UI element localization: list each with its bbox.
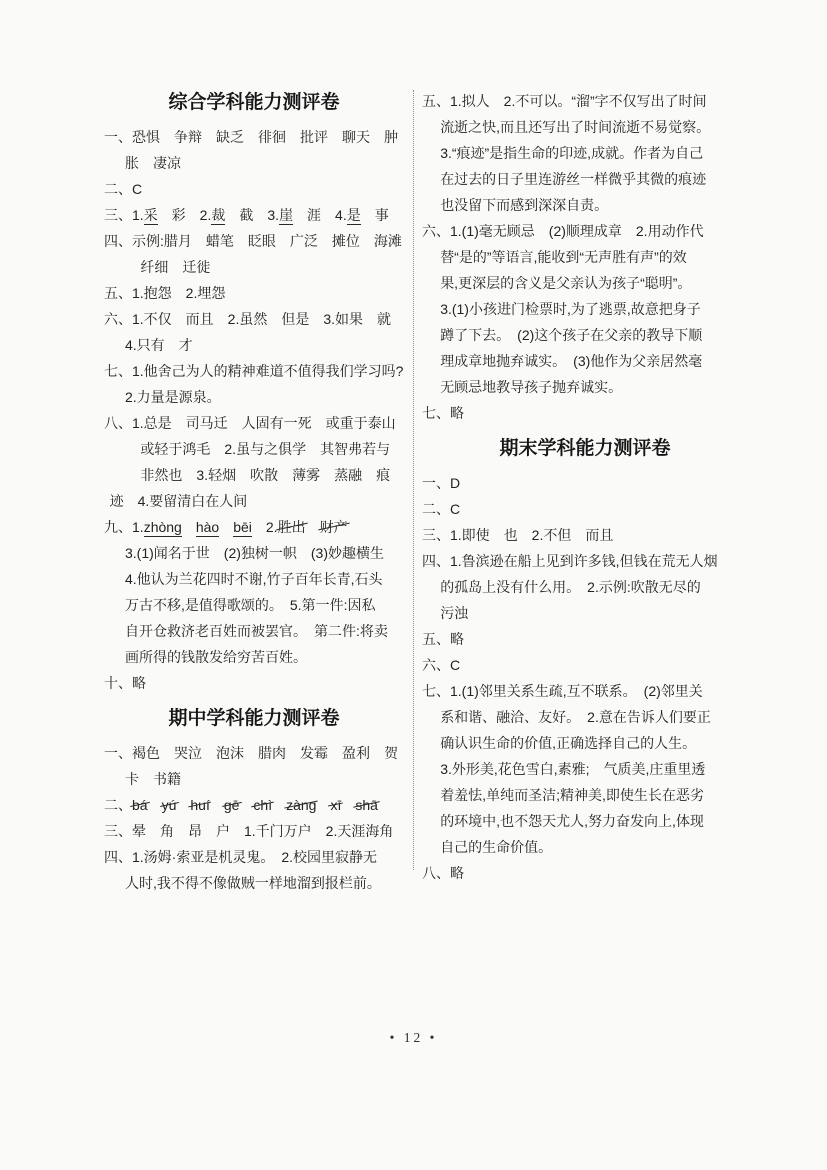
answer-line: 七、略	[422, 400, 748, 426]
answer-text: 截 3.	[225, 207, 279, 223]
answer-line: 纤细 迁徙	[104, 254, 404, 280]
answer-text: 七、略	[422, 405, 464, 421]
answer-line: 4.只有 才	[104, 332, 404, 358]
answer-text	[176, 797, 190, 813]
answer-line: 理成章地抛弃诚实。 (3)他作为父亲居然毫	[422, 348, 748, 374]
answer-text: 系和谐、融洽、友好。 2.意在告诉人们要正	[440, 709, 711, 725]
underlined-answer: zhòng	[144, 519, 182, 537]
answer-line: 卡 书籍	[104, 766, 404, 792]
answer-text: 二、C	[422, 501, 460, 517]
answer-text: 八、1.总是 司马迁 人固有一死 或重于泰山	[104, 415, 396, 431]
answer-text: 三、1.即使 也 2.不但 而且	[422, 527, 613, 543]
answer-line: 三、1.采 彩 2.裁 截 3.崖 涯 4.是 事	[104, 202, 404, 228]
answer-text: 自己的生命价值。	[440, 839, 552, 855]
answer-text: 六、C	[422, 657, 460, 673]
answer-columns: 综合学科能力测评卷一、恐惧 争辩 缺乏 徘徊 批评 聊天 肿胀 凄凉二、C三、1…	[104, 88, 748, 896]
answer-text: 二、C	[104, 181, 142, 197]
answer-line: 3.(1)闻名于世 (2)独树一帜 (3)妙趣横生	[104, 540, 404, 566]
answer-line: 果,更深层的含义是父亲认为孩子“聪明”。	[422, 270, 748, 296]
answer-text: 非然也 3.轻烟 吹散 薄雾 蒸融 痕	[140, 467, 390, 483]
answer-text: 自开仓救济老百姓而被罢官。 第二件:将卖	[125, 623, 388, 639]
answer-text: 四、1.鲁滨逊在船上见到许多钱,但钱在荒无人烟	[422, 553, 718, 569]
answer-line: 八、1.总是 司马迁 人固有一死 或重于泰山	[104, 410, 404, 436]
answer-line: 自开仓救济老百姓而被罢官。 第二件:将卖	[104, 618, 404, 644]
answer-line: 七、1.他舍己为人的精神难道不值得我们学习吗?	[104, 358, 404, 384]
answer-line: 3.(1)小孩进门检票时,为了逃票,故意把身子	[422, 296, 748, 322]
answer-text: 一、D	[422, 475, 460, 491]
answer-text: 五、1.拟人 2.不可以。“溜”字不仅写出了时间	[422, 93, 707, 109]
answer-text: 在过去的日子里连游丝一样微乎其微的痕迹	[440, 171, 706, 187]
answer-text: 3.外形美,花色雪白,素雅; 气质美,庄重里透	[440, 761, 705, 777]
answer-text: 七、1.(1)邻里关系生疏,互不联系。 (2)邻里关	[422, 683, 703, 699]
answer-line: 在过去的日子里连游丝一样微乎其微的痕迹	[422, 166, 748, 192]
answer-text: 一、恐惧 争辩 缺乏 徘徊 批评 聊天 肿	[104, 129, 398, 145]
answer-text: 的孤岛上没有什么用。 2.示例:吹散无尽的	[440, 579, 701, 595]
answer-line: 一、褐色 哭泣 泡沫 腊肉 发霉 盈利 贺	[104, 740, 404, 766]
crossed-out-answer: 财产	[320, 514, 348, 540]
answer-text	[182, 519, 196, 535]
answer-text: 3.(1)小孩进门检票时,为了逃票,故意把身子	[440, 301, 701, 317]
answer-text: 3.(1)闻名于世 (2)独树一帜 (3)妙趣横生	[125, 545, 384, 561]
crossed-out-answer: gē	[224, 792, 240, 818]
answer-text: 2.力量是源泉。	[125, 389, 221, 405]
answer-text: 画所得的钱散发给穷苦百姓。	[125, 649, 307, 665]
answer-text: 三、晕 角 昂 户 1.千门万户 2.天涯海角	[104, 823, 393, 839]
answer-line: 二、bá yú huí gē chì zàng xī shā	[104, 792, 404, 818]
answer-text: 无顾忌地教导孩子抛弃诚实。	[440, 379, 622, 395]
answer-line: 二、C	[104, 176, 404, 202]
crossed-out-answer: zàng	[286, 792, 316, 818]
answer-line: 3.外形美,花色雪白,素雅; 气质美,庄重里透	[422, 756, 748, 782]
answer-line: 的孤岛上没有什么用。 2.示例:吹散无尽的	[422, 574, 748, 600]
answer-line: 替“是的”等语言,能收到“无声胜有声”的效	[422, 244, 748, 270]
answer-text: 蹲了下去。 (2)这个孩子在父亲的教导下顺	[440, 327, 702, 343]
answer-line: 万古不移,是值得歌颂的。 5.第一件:因私	[104, 592, 404, 618]
section-title: 期末学科能力测评卷	[422, 434, 748, 464]
answer-text: 十、略	[104, 675, 146, 691]
answer-text: 四、1.汤姆·索亚是机灵鬼。 2.校园里寂静无	[104, 849, 377, 865]
answer-text: 五、1.抱怨 2.埋怨	[104, 285, 225, 301]
answer-text: 也没留下而感到深深自责。	[440, 197, 608, 213]
answer-text: 迹 4.要留清白在人间	[110, 493, 248, 509]
answer-text: 4.他认为兰花四时不谢,竹子百年长青,石头	[125, 571, 382, 587]
answer-line: 七、1.(1)邻里关系生疏,互不联系。 (2)邻里关	[422, 678, 748, 704]
answer-line: 四、1.鲁滨逊在船上见到许多钱,但钱在荒无人烟	[422, 548, 748, 574]
answer-text: 事	[361, 207, 389, 223]
answer-text: 八、略	[422, 865, 464, 881]
answer-line: 的环境中,也不怨天尤人,努力奋发向上,体现	[422, 808, 748, 834]
crossed-out-answer: huí	[190, 792, 209, 818]
answer-text: 或轻于鸿毛 2.虽与之俱学 其智弗若与	[140, 441, 390, 457]
answer-text: 着羞怯,单纯而圣洁;精神美,即使生长在恶劣	[440, 787, 704, 803]
answer-line: 非然也 3.轻烟 吹散 薄雾 蒸融 痕	[104, 462, 404, 488]
answer-line: 污浊	[422, 600, 748, 626]
answer-line: 确认识生命的价值,正确选择自己的人生。	[422, 730, 748, 756]
answer-line: 八、略	[422, 860, 748, 886]
answer-text: 2.	[252, 519, 278, 535]
right-column: 五、1.拟人 2.不可以。“溜”字不仅写出了时间流逝之快,而且还写出了时间流逝不…	[422, 88, 748, 896]
section-title: 综合学科能力测评卷	[104, 88, 404, 118]
crossed-out-answer: chì	[253, 792, 272, 818]
answer-line: 无顾忌地教导孩子抛弃诚实。	[422, 374, 748, 400]
answer-text: 九、1.	[104, 519, 144, 535]
answer-text: 确认识生命的价值,正确选择自己的人生。	[440, 735, 696, 751]
answer-line: 迹 4.要留清白在人间	[104, 488, 404, 514]
answer-text	[341, 797, 355, 813]
answer-text: 一、褐色 哭泣 泡沫 腊肉 发霉 盈利 贺	[104, 745, 398, 761]
answer-text: 4.只有 才	[125, 337, 193, 353]
answer-text: 七、1.他舍己为人的精神难道不值得我们学习吗?	[104, 363, 403, 379]
answer-line: 人时,我不得不像做贼一样地溜到报栏前。	[104, 870, 404, 896]
answer-text: 五、略	[422, 631, 464, 647]
answer-line: 画所得的钱散发给穷苦百姓。	[104, 644, 404, 670]
answer-text: 彩 2.	[158, 207, 212, 223]
answer-line: 着羞怯,单纯而圣洁;精神美,即使生长在恶劣	[422, 782, 748, 808]
answer-text: 流逝之快,而且还写出了时间流逝不易觉察。	[440, 119, 710, 135]
answer-line: 蹲了下去。 (2)这个孩子在父亲的教导下顺	[422, 322, 748, 348]
left-column: 综合学科能力测评卷一、恐惧 争辩 缺乏 徘徊 批评 聊天 肿胀 凄凉二、C三、1…	[104, 88, 404, 896]
answer-line: 流逝之快,而且还写出了时间流逝不易觉察。	[422, 114, 748, 140]
answer-text	[306, 519, 320, 535]
answer-line: 三、晕 角 昂 户 1.千门万户 2.天涯海角	[104, 818, 404, 844]
answer-text: 卡 书籍	[125, 771, 181, 787]
answer-line: 六、C	[422, 652, 748, 678]
answer-line: 二、C	[422, 496, 748, 522]
answer-text: 3.“痕迹”是指生命的印迹,成就。作者为自己	[440, 145, 703, 161]
answer-text: 人时,我不得不像做贼一样地溜到报栏前。	[125, 875, 381, 891]
answer-text: 涯 4.	[293, 207, 347, 223]
answer-line: 四、示例:腊月 蜡笔 眨眼 广泛 摊位 海滩	[104, 228, 404, 254]
crossed-out-answer: xī	[330, 792, 341, 818]
answer-text: 二、	[104, 797, 132, 813]
answer-line: 五、1.抱怨 2.埋怨	[104, 280, 404, 306]
answer-text: 的环境中,也不怨天尤人,努力奋发向上,体现	[440, 813, 704, 829]
crossed-out-answer: shā	[355, 792, 378, 818]
underlined-answer: 崖	[279, 207, 293, 225]
answer-text: 万古不移,是值得歌颂的。 5.第一件:因私	[125, 597, 375, 613]
answer-text	[219, 519, 233, 535]
answer-text: 六、1.(1)毫无顾忌 (2)顺理成章 2.用动作代	[422, 223, 704, 239]
section-title: 期中学科能力测评卷	[104, 704, 404, 734]
underlined-answer: 采	[144, 207, 158, 225]
underlined-answer: 是	[347, 207, 361, 225]
answer-line: 五、略	[422, 626, 748, 652]
column-divider	[413, 90, 414, 870]
answer-text: 胀 凄凉	[125, 155, 181, 171]
answer-text: 四、示例:腊月 蜡笔 眨眼 广泛 摊位 海滩	[104, 233, 402, 249]
answer-line: 2.力量是源泉。	[104, 384, 404, 410]
underlined-answer: bēi	[233, 519, 252, 537]
underlined-answer: 裁	[211, 207, 225, 225]
answer-text: 六、1.不仅 而且 2.虽然 但是 3.如果 就	[104, 311, 391, 327]
answer-text: 三、1.	[104, 207, 144, 223]
answer-text	[272, 797, 286, 813]
answer-line: 六、1.(1)毫无顾忌 (2)顺理成章 2.用动作代	[422, 218, 748, 244]
answer-line: 4.他认为兰花四时不谢,竹子百年长青,石头	[104, 566, 404, 592]
answer-line: 六、1.不仅 而且 2.虽然 但是 3.如果 就	[104, 306, 404, 332]
answer-line: 也没留下而感到深深自责。	[422, 192, 748, 218]
crossed-out-answer: bá	[132, 792, 148, 818]
answer-line: 一、D	[422, 470, 748, 496]
answer-line: 胀 凄凉	[104, 150, 404, 176]
answer-text: 理成章地抛弃诚实。 (3)他作为父亲居然毫	[440, 353, 702, 369]
crossed-out-answer: 胜出	[278, 514, 306, 540]
answer-line: 四、1.汤姆·索亚是机灵鬼。 2.校园里寂静无	[104, 844, 404, 870]
underlined-answer: hào	[196, 519, 219, 537]
answer-line: 系和谐、融洽、友好。 2.意在告诉人们要正	[422, 704, 748, 730]
answer-text	[239, 797, 253, 813]
answer-line: 3.“痕迹”是指生命的印迹,成就。作者为自己	[422, 140, 748, 166]
answer-line: 九、1.zhòng hào bēi 2.胜出 财产	[104, 514, 404, 540]
answer-line: 自己的生命价值。	[422, 834, 748, 860]
answer-line: 或轻于鸿毛 2.虽与之俱学 其智弗若与	[104, 436, 404, 462]
answer-text: 替“是的”等语言,能收到“无声胜有声”的效	[440, 249, 687, 265]
scanned-answer-page: 综合学科能力测评卷一、恐惧 争辩 缺乏 徘徊 批评 聊天 肿胀 凄凉二、C三、1…	[0, 0, 827, 1170]
page-number: • 12 •	[0, 1030, 827, 1046]
answer-text: 果,更深层的含义是父亲认为孩子“聪明”。	[440, 275, 691, 291]
answer-text: 纤细 迁徙	[140, 259, 210, 275]
answer-text: 污浊	[440, 605, 468, 621]
crossed-out-answer: yú	[162, 792, 177, 818]
answer-line: 三、1.即使 也 2.不但 而且	[422, 522, 748, 548]
answer-line: 十、略	[104, 670, 404, 696]
answer-line: 一、恐惧 争辩 缺乏 徘徊 批评 聊天 肿	[104, 124, 404, 150]
answer-line: 五、1.拟人 2.不可以。“溜”字不仅写出了时间	[422, 88, 748, 114]
